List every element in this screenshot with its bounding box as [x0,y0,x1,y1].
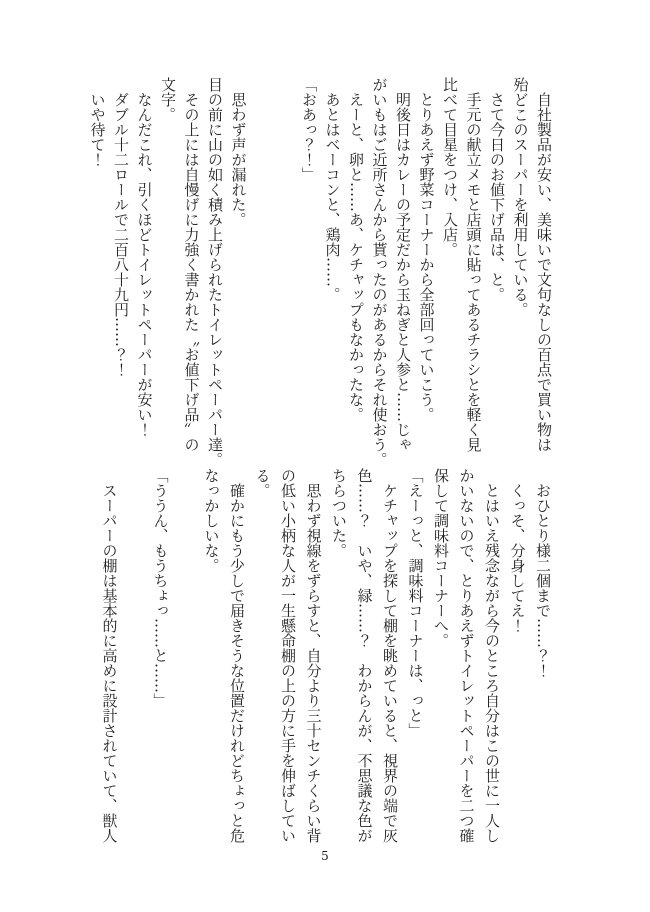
text-line: スーパーの棚は基本的に高めに設計されていて、獣人 [96,468,122,862]
text-line: 目の前に山の如く積み上げられたトイレットペーパー達。 [203,77,227,471]
text-line: おひとり様二個まで……？！ [530,468,556,862]
text-line: 文字。 [156,77,180,471]
text-line: かいないので、とりあえずトイレットペーパーを二つ確 [453,468,479,862]
text-line: 保して調味料コーナーへ。 [428,468,454,862]
page-number: 5 [0,849,650,863]
text-line: 「おあっ？！」 [297,77,321,471]
text-line: ダブル十二ロールで二百八十九円……？！ [109,77,133,471]
blank-line [173,468,199,862]
text-line: さて今日のお値下げ品は、と。 [485,77,509,471]
text-line: 比べて目星をつけ、入店。 [438,77,462,471]
text-block-upper: 自社製品が安い、美味いで文句なしの百点で買い物は殆どこのスーパーを利用している。… [85,77,555,471]
text-line: なっかしいな。 [198,468,224,862]
text-line: 「えーっと、調味料コーナーは、っと」 [402,468,428,862]
blank-line [273,77,297,471]
text-line: なんだこれ、引くほどトイレットペーパーが安い！ [132,77,156,471]
text-line: 思わず視線をずらすと、自分より三十センチくらい背 [300,468,326,862]
text-line: 殆どこのスーパーを利用している。 [508,77,532,471]
text-line: くっそ、分身してえ！ [504,468,530,862]
text-line: る。 [249,468,275,862]
text-line: 明後日はカレーの予定だから玉ねぎと人参と……じゃ [391,77,415,471]
text-line: 手元の献立メモと店頭に貼ってあるチラシとを軽く見 [461,77,485,471]
text-line: 色……？ いや、緑……？ わからんが、不思議な色が [351,468,377,862]
text-line: 「ううん、もうちょっ……と……」 [147,468,173,862]
text-line: とりあえず野菜コーナーから全部回っていこう。 [414,77,438,471]
text-line: いや待て！ [85,77,109,471]
text-line: その上には自慢げに力強く書かれた〝お値下げ品〟の [179,77,203,471]
text-line: 思わず声が漏れた。 [226,77,250,471]
blank-line [122,468,148,862]
text-line: がいもはご近所さんから貰ったのがあるからそれ使おう。 [367,77,391,471]
blank-line [250,77,274,471]
text-line: 自社製品が安い、美味いで文句なしの百点で買い物は [532,77,556,471]
novel-page: 自社製品が安い、美味いで文句なしの百点で買い物は殆どこのスーパーを利用している。… [0,0,650,912]
text-line: ケチャップを探して棚を眺めていると、視界の端で灰 [377,468,403,862]
text-line: あとはベーコンと、鶏肉……。 [320,77,344,471]
text-line: 確かにもう少しで届きそうな位置だけれどちょっと危 [224,468,250,862]
text-line: えーと、卵と……あ、ケチャップもなかったな。 [344,77,368,471]
text-line: の低い小柄な人が一生懸命棚の上の方に手を伸ばしてい [275,468,301,862]
text-line: ちらついた。 [326,468,352,862]
text-block-lower: おひとり様二個まで……？！くっそ、分身してえ！とはいえ残念ながら今のところ自分は… [96,468,555,862]
text-line: とはいえ残念ながら今のところ自分はこの世に一人し [479,468,505,862]
